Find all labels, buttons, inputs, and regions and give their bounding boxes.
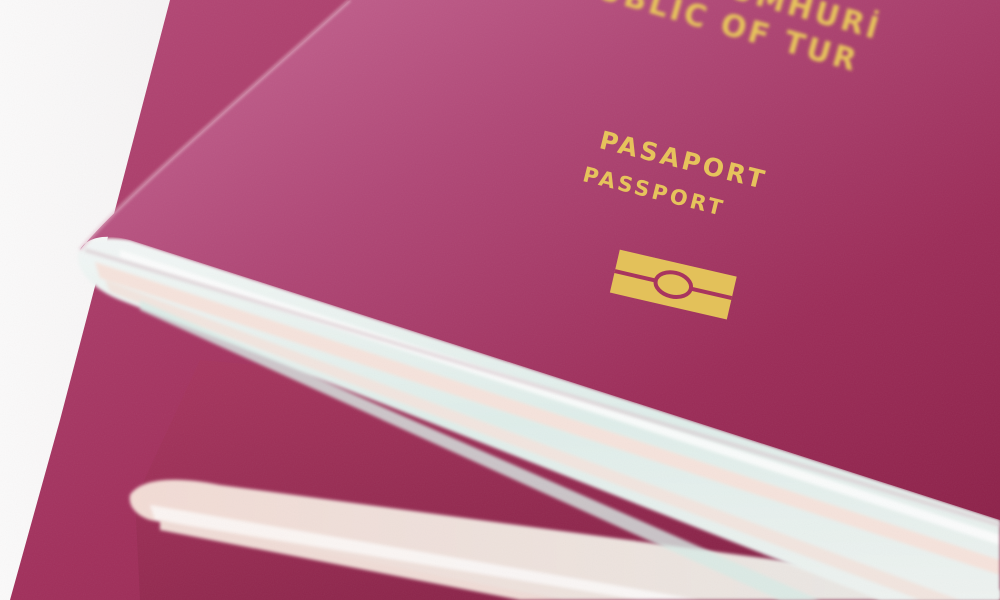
passport-illustration: T.C. CUMHURİ REPUBLIC OF TUR PASAPORT PA… — [0, 0, 1000, 600]
passport-photo: T.C. CUMHURİ REPUBLIC OF TUR PASAPORT PA… — [0, 0, 1000, 600]
